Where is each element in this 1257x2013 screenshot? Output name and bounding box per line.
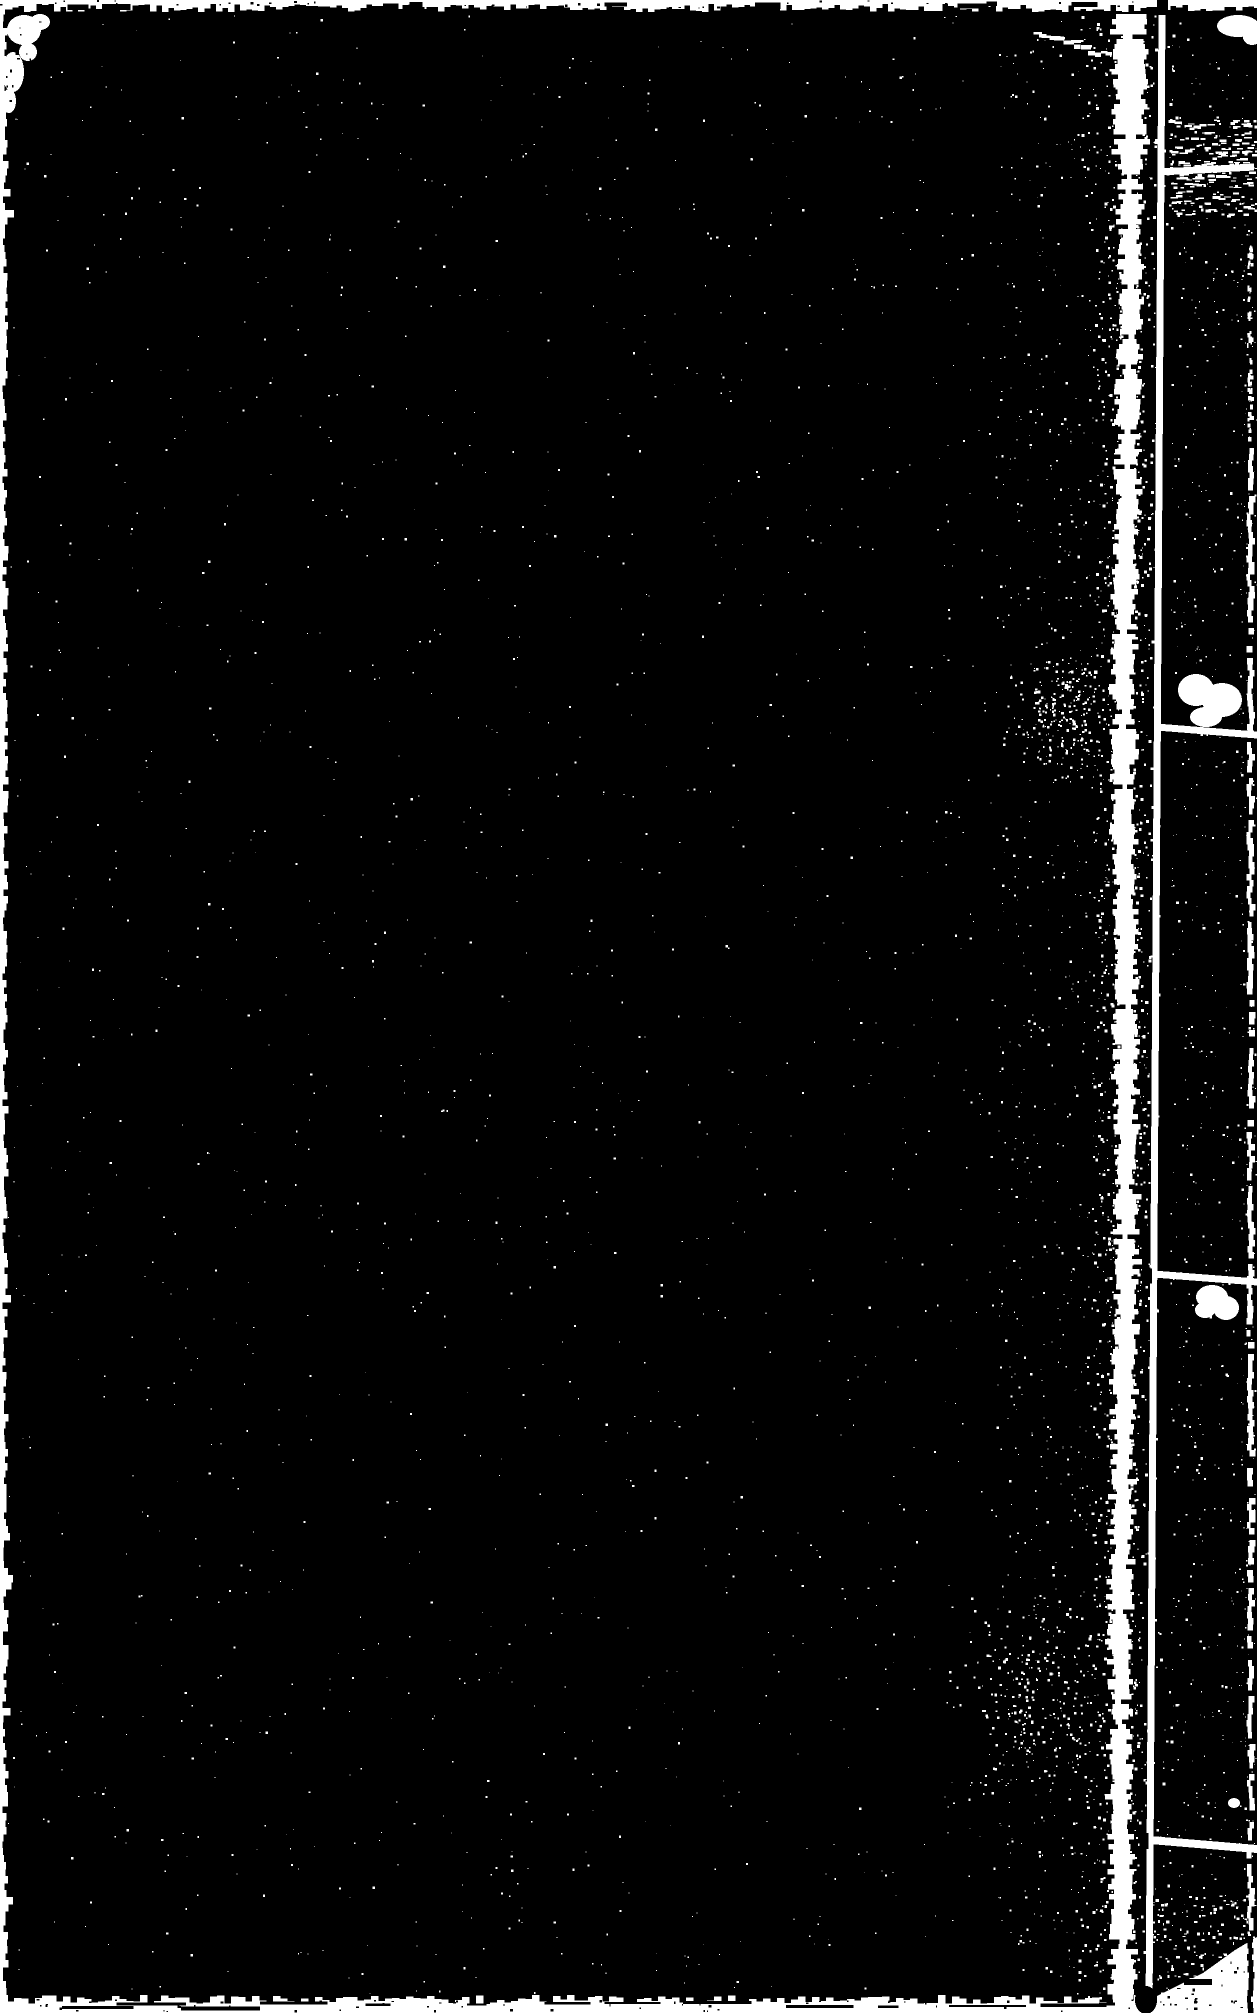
scanned-book-cover-page — [0, 0, 1257, 2013]
cover-board — [0, 0, 1257, 2013]
book-cover-scan-image — [0, 0, 1257, 2013]
